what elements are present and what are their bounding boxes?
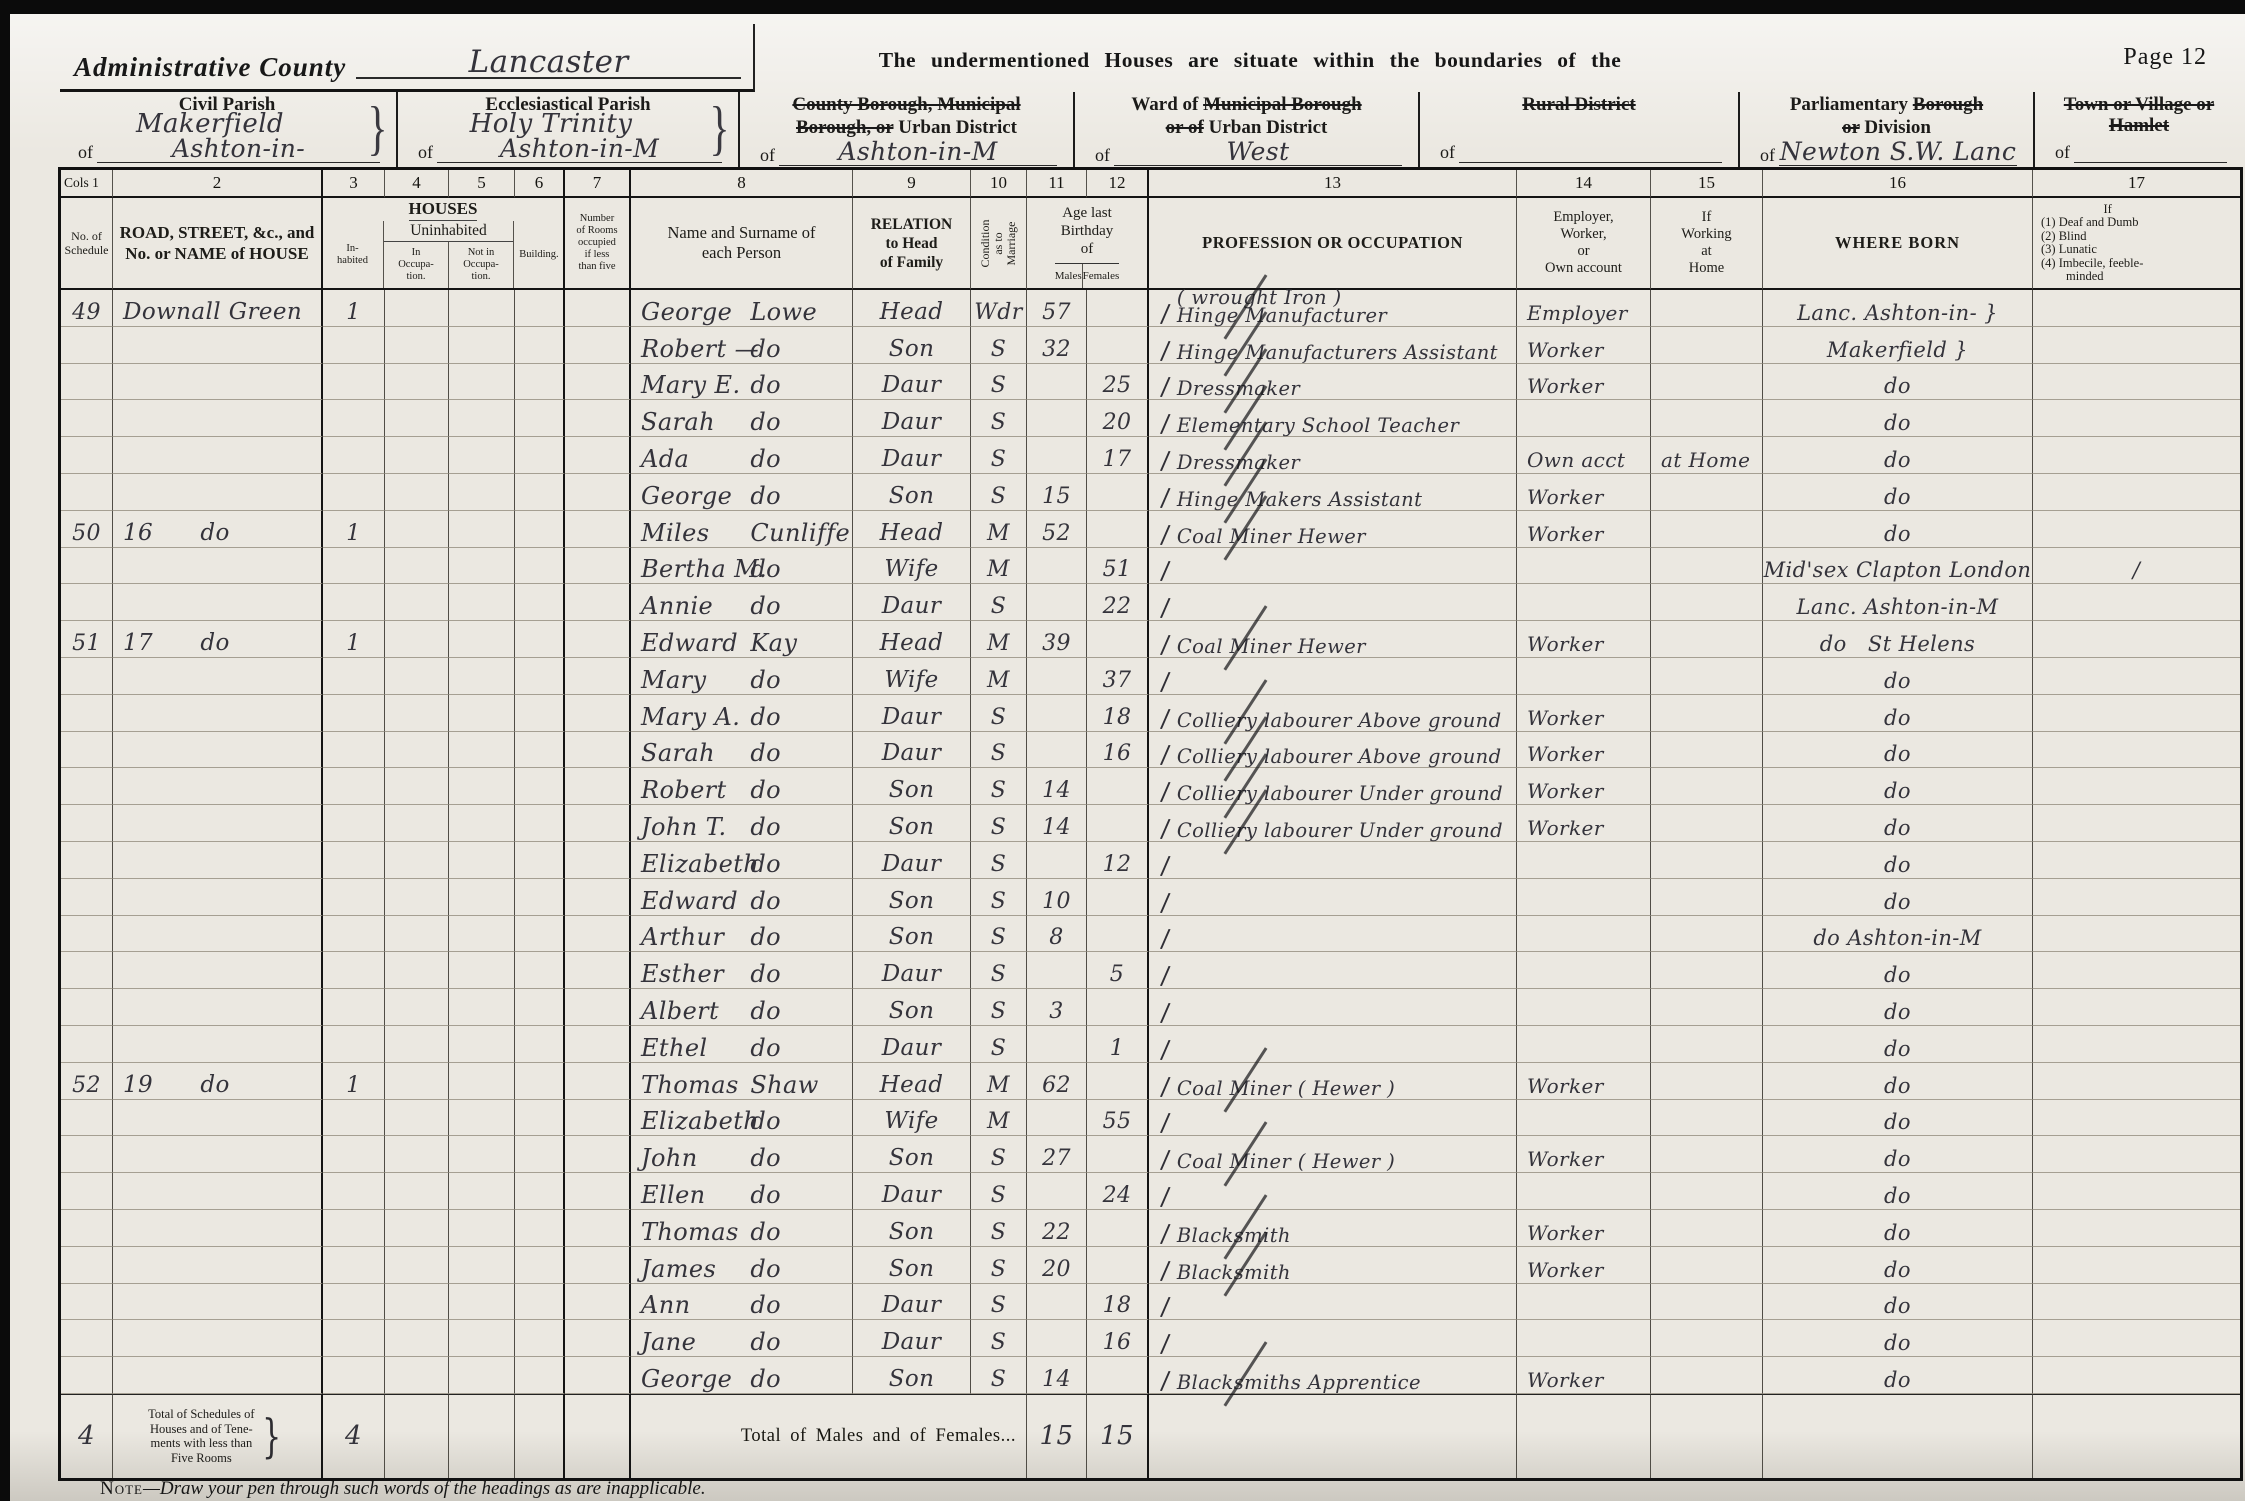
cell-rooms [565,842,631,879]
cell-home [1651,290,1763,327]
cell-building [515,1173,565,1210]
cell-relation: Daur [853,1026,971,1063]
cell-schedule [61,805,113,842]
header-uninhabited: Uninhabited [384,221,513,242]
cell-home [1651,1136,1763,1173]
cell-age-female: 55 [1087,1100,1149,1137]
cell-condition: S [971,1320,1027,1357]
person-surname: do [750,445,781,473]
cell-where-born: do [1763,695,2033,732]
cell-employer: Worker [1517,364,1651,401]
cell-building [515,511,565,548]
cell-relation: Wife [853,658,971,695]
cell-building [515,1136,565,1173]
cell-home [1651,732,1763,769]
cell-relation: Son [853,768,971,805]
cell-in-occupation [385,1100,449,1137]
cell-occupation: /Colliery labourer Under ground [1149,805,1517,842]
person-surname: do [750,335,781,363]
district-title: Town or Village or Hamlet [2035,92,2243,136]
person-forename: Arthur [641,923,724,951]
cell-rooms [565,1247,631,1284]
enumerator-slash-mark: / [1160,1186,1171,1209]
cell-occupation: /Coal Miner ( Hewer ) [1149,1063,1517,1100]
heading-text: Parliamentary [1790,94,1913,115]
cell-relation: Son [853,1210,971,1247]
cell-building [515,916,565,953]
cell-not-in-occupation [449,290,515,327]
cell-in-occupation [385,474,449,511]
cell-schedule [61,1100,113,1137]
occupation-text: Blacksmith [1177,1264,1291,1282]
cell-home [1651,364,1763,401]
cell-not-in-occupation [449,805,515,842]
cell-age-male [1027,695,1087,732]
occupation-text: Hinge Makers Assistant [1177,491,1423,509]
cell-occupation: / [1149,1173,1517,1210]
cell-condition: Wdr [971,290,1027,327]
person-surname: do [750,997,781,1025]
cell-building [515,1320,565,1357]
cell-not-in-occupation [449,400,515,437]
struck-heading-text: County Borough, Municipal [792,94,1020,115]
person-forename: James [641,1255,716,1283]
page-number: Page 12 [2123,44,2207,71]
cell-not-in-occupation [449,548,515,585]
cell-age-female [1087,621,1149,658]
cell-home [1651,1210,1763,1247]
column-numbers-row: Cols 1234567891011121314151617 [61,170,2240,198]
cell-condition: S [971,1357,1027,1394]
cell-road [113,364,323,401]
cell-where-born: Lanc. Ashton-in-M [1763,584,2033,621]
cell-schedule [61,695,113,732]
cell-age-male [1027,548,1087,585]
header-profession: PROFESSION OR OCCUPATION [1149,198,1517,290]
cell-building [515,768,565,805]
cell-where-born: do [1763,1357,2033,1394]
cell-infirmity [2033,952,2240,989]
cell-home [1651,327,1763,364]
total-schedules-text: Total of Schedules of Houses and of Tene… [148,1407,254,1465]
cell-condition: S [971,364,1027,401]
cell-not-in-occupation [449,1136,515,1173]
cell-infirmity [2033,327,2240,364]
cell-infirmity [2033,1173,2240,1210]
cell-relation: Daur [853,732,971,769]
district-value-top: Holy Trinity [398,109,704,139]
cell-rooms [565,364,631,401]
cell-relation: Daur [853,584,971,621]
enumerator-slash-mark: / [1160,928,1171,951]
person-surname: do [750,1107,781,1135]
district-value: Ashton-in- [97,135,380,163]
enumerator-slash-mark: / [1160,744,1171,767]
column-number: 9 [853,170,971,198]
cell-infirmity [2033,584,2240,621]
cell-occupation: / [1149,842,1517,879]
cell-home [1651,400,1763,437]
cell-building [515,732,565,769]
cell-name: MilesCunliffe [631,511,853,548]
cell-condition: S [971,916,1027,953]
cell-road: 17do [113,621,323,658]
cell-road [113,400,323,437]
person-surname: do [750,1255,781,1283]
column-number: 16 [1763,170,2033,198]
cell-age-male [1027,658,1087,695]
header-schedule: No. of Schedule [61,198,113,290]
cell-age-female: 20 [1087,400,1149,437]
cell-name: Mary E.do [631,364,853,401]
district-of-line: ofAshton-in- [58,135,396,167]
cell-age-male: 57 [1027,290,1087,327]
cell-schedule [61,1026,113,1063]
cell-where-born: do [1763,400,2033,437]
cell-age-male [1027,400,1087,437]
cell-occupation: /( wrought Iron ) Hinge Manufacturer [1149,290,1517,327]
cell-name: Marydo [631,658,853,695]
cell-inhabited [323,658,385,695]
cell-road: 16do [113,511,323,548]
cell-road [113,584,323,621]
cell-where-born: do [1763,658,2033,695]
cell-not-in-occupation [449,879,515,916]
cell-where-born: do [1763,474,2033,511]
enumerator-slash-mark: / [1160,413,1171,436]
cell-age-female: 24 [1087,1173,1149,1210]
cell-age-female [1087,805,1149,842]
person-forename: George [641,298,732,326]
cell-where-born: Makerfield } [1763,327,2033,364]
header-houses: HOUSES [409,198,478,221]
person-forename: Robert [641,776,727,804]
person-forename: Elizabeth [641,850,759,878]
cell-in-occupation [385,952,449,989]
admin-county-value: Lancaster [469,44,629,80]
cell-road: 19do [113,1063,323,1100]
cell-name: Robert —do [631,327,853,364]
cell-age-female [1087,1247,1149,1284]
person-surname: Cunliffe [750,519,850,547]
cell-rooms [565,327,631,364]
cell-employer: Worker [1517,1357,1651,1394]
cell-age-female: 37 [1087,658,1149,695]
cell-name: Adado [631,437,853,474]
cell-relation: Daur [853,842,971,879]
cell-name: Georgedo [631,474,853,511]
cell-occupation: / [1149,1026,1517,1063]
house-ditto: do [200,1072,229,1098]
cell-infirmity [2033,805,2240,842]
cell-age-male [1027,437,1087,474]
district-title: Ward of Municipal Borough [1075,92,1418,115]
cell-road [113,805,323,842]
of-label: of [1440,142,1459,163]
occupation-text: Colliery labourer Above ground [1177,748,1502,766]
total-schedules-brace: } [262,1429,281,1444]
cell-home [1651,1026,1763,1063]
cell-rooms [565,1284,631,1321]
cell-condition: M [971,511,1027,548]
cell-employer: Worker [1517,732,1651,769]
header-females: Females [1083,264,1120,288]
cell-where-born: do [1763,1026,2033,1063]
district-box-ward: Ward of Municipal Boroughor of Urban Dis… [1075,92,1420,167]
cell-in-occupation [385,916,449,953]
heading-text: Urban District [1204,117,1327,138]
cell-age-male [1027,1100,1087,1137]
cell-where-born: do Ashton-in-M [1763,916,2033,953]
district-of-line: ofAshton-in-M [740,138,1073,170]
struck-heading-text: or of [1166,117,1204,138]
total-empty-cell [385,1394,449,1478]
cell-infirmity [2033,842,2240,879]
cell-age-female [1087,879,1149,916]
cell-condition: S [971,1136,1027,1173]
header-infirmity: If (1) Deaf and Dumb (2) Blind (3) Lunat… [2033,198,2240,290]
cell-occupation: /Hinge Makers Assistant [1149,474,1517,511]
cell-employer [1517,952,1651,989]
cell-rooms [565,732,631,769]
enumerator-slash-mark: / [1160,560,1171,583]
district-box-civil-parish: Civil ParishMakerfieldofAshton-in-} [58,92,398,167]
person-forename: Bertha M. [641,555,767,583]
district-box-ecclesiastical-parish: Ecclesiastical ParishHoly TrinityofAshto… [398,92,740,167]
cell-relation: Daur [853,364,971,401]
person-surname: do [750,703,781,731]
cell-rooms [565,584,631,621]
district-box-rural-district: Rural Districtof [1420,92,1740,167]
cell-in-occupation [385,364,449,401]
cell-schedule [61,879,113,916]
cell-home [1651,511,1763,548]
cell-age-male: 14 [1027,1357,1087,1394]
cell-age-male: 32 [1027,327,1087,364]
person-forename: Jane [641,1328,696,1356]
cell-rooms [565,1320,631,1357]
occupation-text: Elementary School Teacher [1177,417,1459,435]
cell-rooms [565,916,631,953]
cell-name: Ellendo [631,1173,853,1210]
cell-age-female [1087,474,1149,511]
cell-employer: Worker [1517,1063,1651,1100]
cell-relation: Head [853,621,971,658]
cell-employer: Worker [1517,327,1651,364]
cell-age-female [1087,989,1149,1026]
cell-where-born: do [1763,1247,2033,1284]
cell-name: Anndo [631,1284,853,1321]
cell-rooms [565,400,631,437]
cell-occupation: /Coal Miner ( Hewer ) [1149,1136,1517,1173]
person-forename: George [641,1365,732,1393]
heading-text: Urban District [894,117,1017,138]
struck-heading-text: Borough, or [796,117,894,138]
cell-employer [1517,658,1651,695]
cell-employer [1517,1173,1651,1210]
cell-schedule [61,1136,113,1173]
cell-occupation: /Blacksmith [1149,1247,1517,1284]
total-schedule-value: 4 [78,1421,95,1451]
cell-age-female: 18 [1087,695,1149,732]
district-brace: } [710,98,730,158]
cell-relation: Daur [853,1320,971,1357]
column-number: 12 [1087,170,1149,198]
cell-employer: Worker [1517,474,1651,511]
total-empty-cell [565,1394,631,1478]
cell-employer [1517,989,1651,1026]
cell-age-female [1087,1063,1149,1100]
total-males: 15 [1027,1394,1087,1478]
person-forename: Mary [641,666,707,694]
cell-inhabited [323,1284,385,1321]
cell-building [515,400,565,437]
cell-relation: Wife [853,1100,971,1137]
cell-not-in-occupation [449,1247,515,1284]
cell-age-female: 51 [1087,548,1149,585]
cell-occupation: / [1149,989,1517,1026]
person-surname: do [750,1291,781,1319]
cell-inhabited [323,989,385,1026]
admin-county-underline: Lancaster [356,47,741,79]
cell-home [1651,621,1763,658]
cell-age-male: 14 [1027,805,1087,842]
cell-inhabited: 1 [323,1063,385,1100]
cell-occupation: / [1149,916,1517,953]
cell-building [515,1063,565,1100]
cell-where-born: do [1763,1173,2033,1210]
total-empty-cell [1763,1394,2033,1478]
cell-rooms [565,474,631,511]
cell-where-born: do [1763,437,2033,474]
cell-relation: Head [853,290,971,327]
column-number: 14 [1517,170,1651,198]
cell-relation: Son [853,474,971,511]
cell-building [515,989,565,1026]
cell-rooms [565,1173,631,1210]
person-forename: Thomas [641,1071,739,1099]
cell-age-female [1087,290,1149,327]
cell-schedule [61,1247,113,1284]
header-working-home: If Working at Home [1651,198,1763,290]
cell-name: Thomasdo [631,1210,853,1247]
person-forename: Sarah [641,739,715,767]
cell-in-occupation [385,879,449,916]
cell-rooms [565,695,631,732]
cell-relation: Head [853,1063,971,1100]
cell-inhabited [323,1026,385,1063]
cell-in-occupation [385,290,449,327]
district-value: West [1114,138,1402,166]
cell-rooms [565,879,631,916]
cell-road [113,952,323,989]
cell-rooms [565,1100,631,1137]
person-forename: Albert [641,997,719,1025]
enumerator-slash-mark: / [1160,523,1171,546]
cell-employer [1517,1100,1651,1137]
cell-where-born: Lanc. Ashton-in- } [1763,290,2033,327]
enumerator-slash-mark: / [1160,1038,1171,1061]
total-inhabited-count: 4 [323,1394,385,1478]
person-forename: Ethel [641,1034,708,1062]
cell-schedule [61,584,113,621]
cell-where-born: do [1763,1284,2033,1321]
header-condition: Condition as to Marriage [971,198,1027,290]
cell-employer: Employer [1517,290,1651,327]
cell-not-in-occupation [449,695,515,732]
cell-condition: S [971,1284,1027,1321]
cell-condition: S [971,327,1027,364]
header-males: Males [1055,264,1083,288]
cell-schedule [61,1173,113,1210]
person-surname: do [750,371,781,399]
cell-where-born: do [1763,879,2033,916]
cell-relation: Son [853,916,971,953]
cell-not-in-occupation [449,1063,515,1100]
cell-home [1651,1284,1763,1321]
cell-infirmity [2033,474,2240,511]
cell-name: John T.do [631,805,853,842]
cell-employer [1517,400,1651,437]
column-headers-row: No. of Schedule ROAD, STREET, &c., and N… [61,198,2240,290]
cell-condition: S [971,1247,1027,1284]
cell-rooms [565,1210,631,1247]
district-title: Parliamentary Borough [1740,92,2033,115]
cell-age-male: 39 [1027,621,1087,658]
cell-age-male [1027,584,1087,621]
cell-infirmity [2033,290,2240,327]
district-brace: } [368,98,388,158]
cell-in-occupation [385,695,449,732]
cell-not-in-occupation [449,916,515,953]
cell-infirmity [2033,658,2240,695]
cell-schedule [61,1320,113,1357]
occupation-text: Coal Miner Hewer [1177,528,1366,546]
cell-not-in-occupation [449,1210,515,1247]
cell-condition: S [971,1173,1027,1210]
cell-in-occupation [385,1247,449,1284]
district-of-line: ofNewton S.W. Lanc [1740,138,2033,170]
person-surname: do [750,408,781,436]
person-surname: Lowe [750,298,817,326]
person-surname: do [750,1328,781,1356]
person-surname: do [750,1181,781,1209]
cell-inhabited [323,805,385,842]
cell-where-born: do [1763,952,2033,989]
cell-infirmity [2033,437,2240,474]
cell-infirmity [2033,732,2240,769]
cell-condition: M [971,1100,1027,1137]
district-title: or of Urban District [1075,115,1418,138]
cell-home: at Home [1651,437,1763,474]
cell-building [515,1026,565,1063]
cell-home [1651,1173,1763,1210]
cell-rooms [565,621,631,658]
occupation-text: Coal Miner ( Hewer ) [1177,1153,1395,1171]
cell-relation: Son [853,1357,971,1394]
person-surname: Shaw [750,1071,818,1099]
cell-age-male [1027,1173,1087,1210]
cell-home [1651,805,1763,842]
cell-employer [1517,916,1651,953]
cell-name: Anniedo [631,584,853,621]
cell-schedule: 50 [61,511,113,548]
cell-inhabited [323,1210,385,1247]
cell-relation: Daur [853,952,971,989]
cell-inhabited [323,1100,385,1137]
cell-occupation: /Hinge Manufacturers Assistant [1149,327,1517,364]
person-forename: Edward [641,629,738,657]
